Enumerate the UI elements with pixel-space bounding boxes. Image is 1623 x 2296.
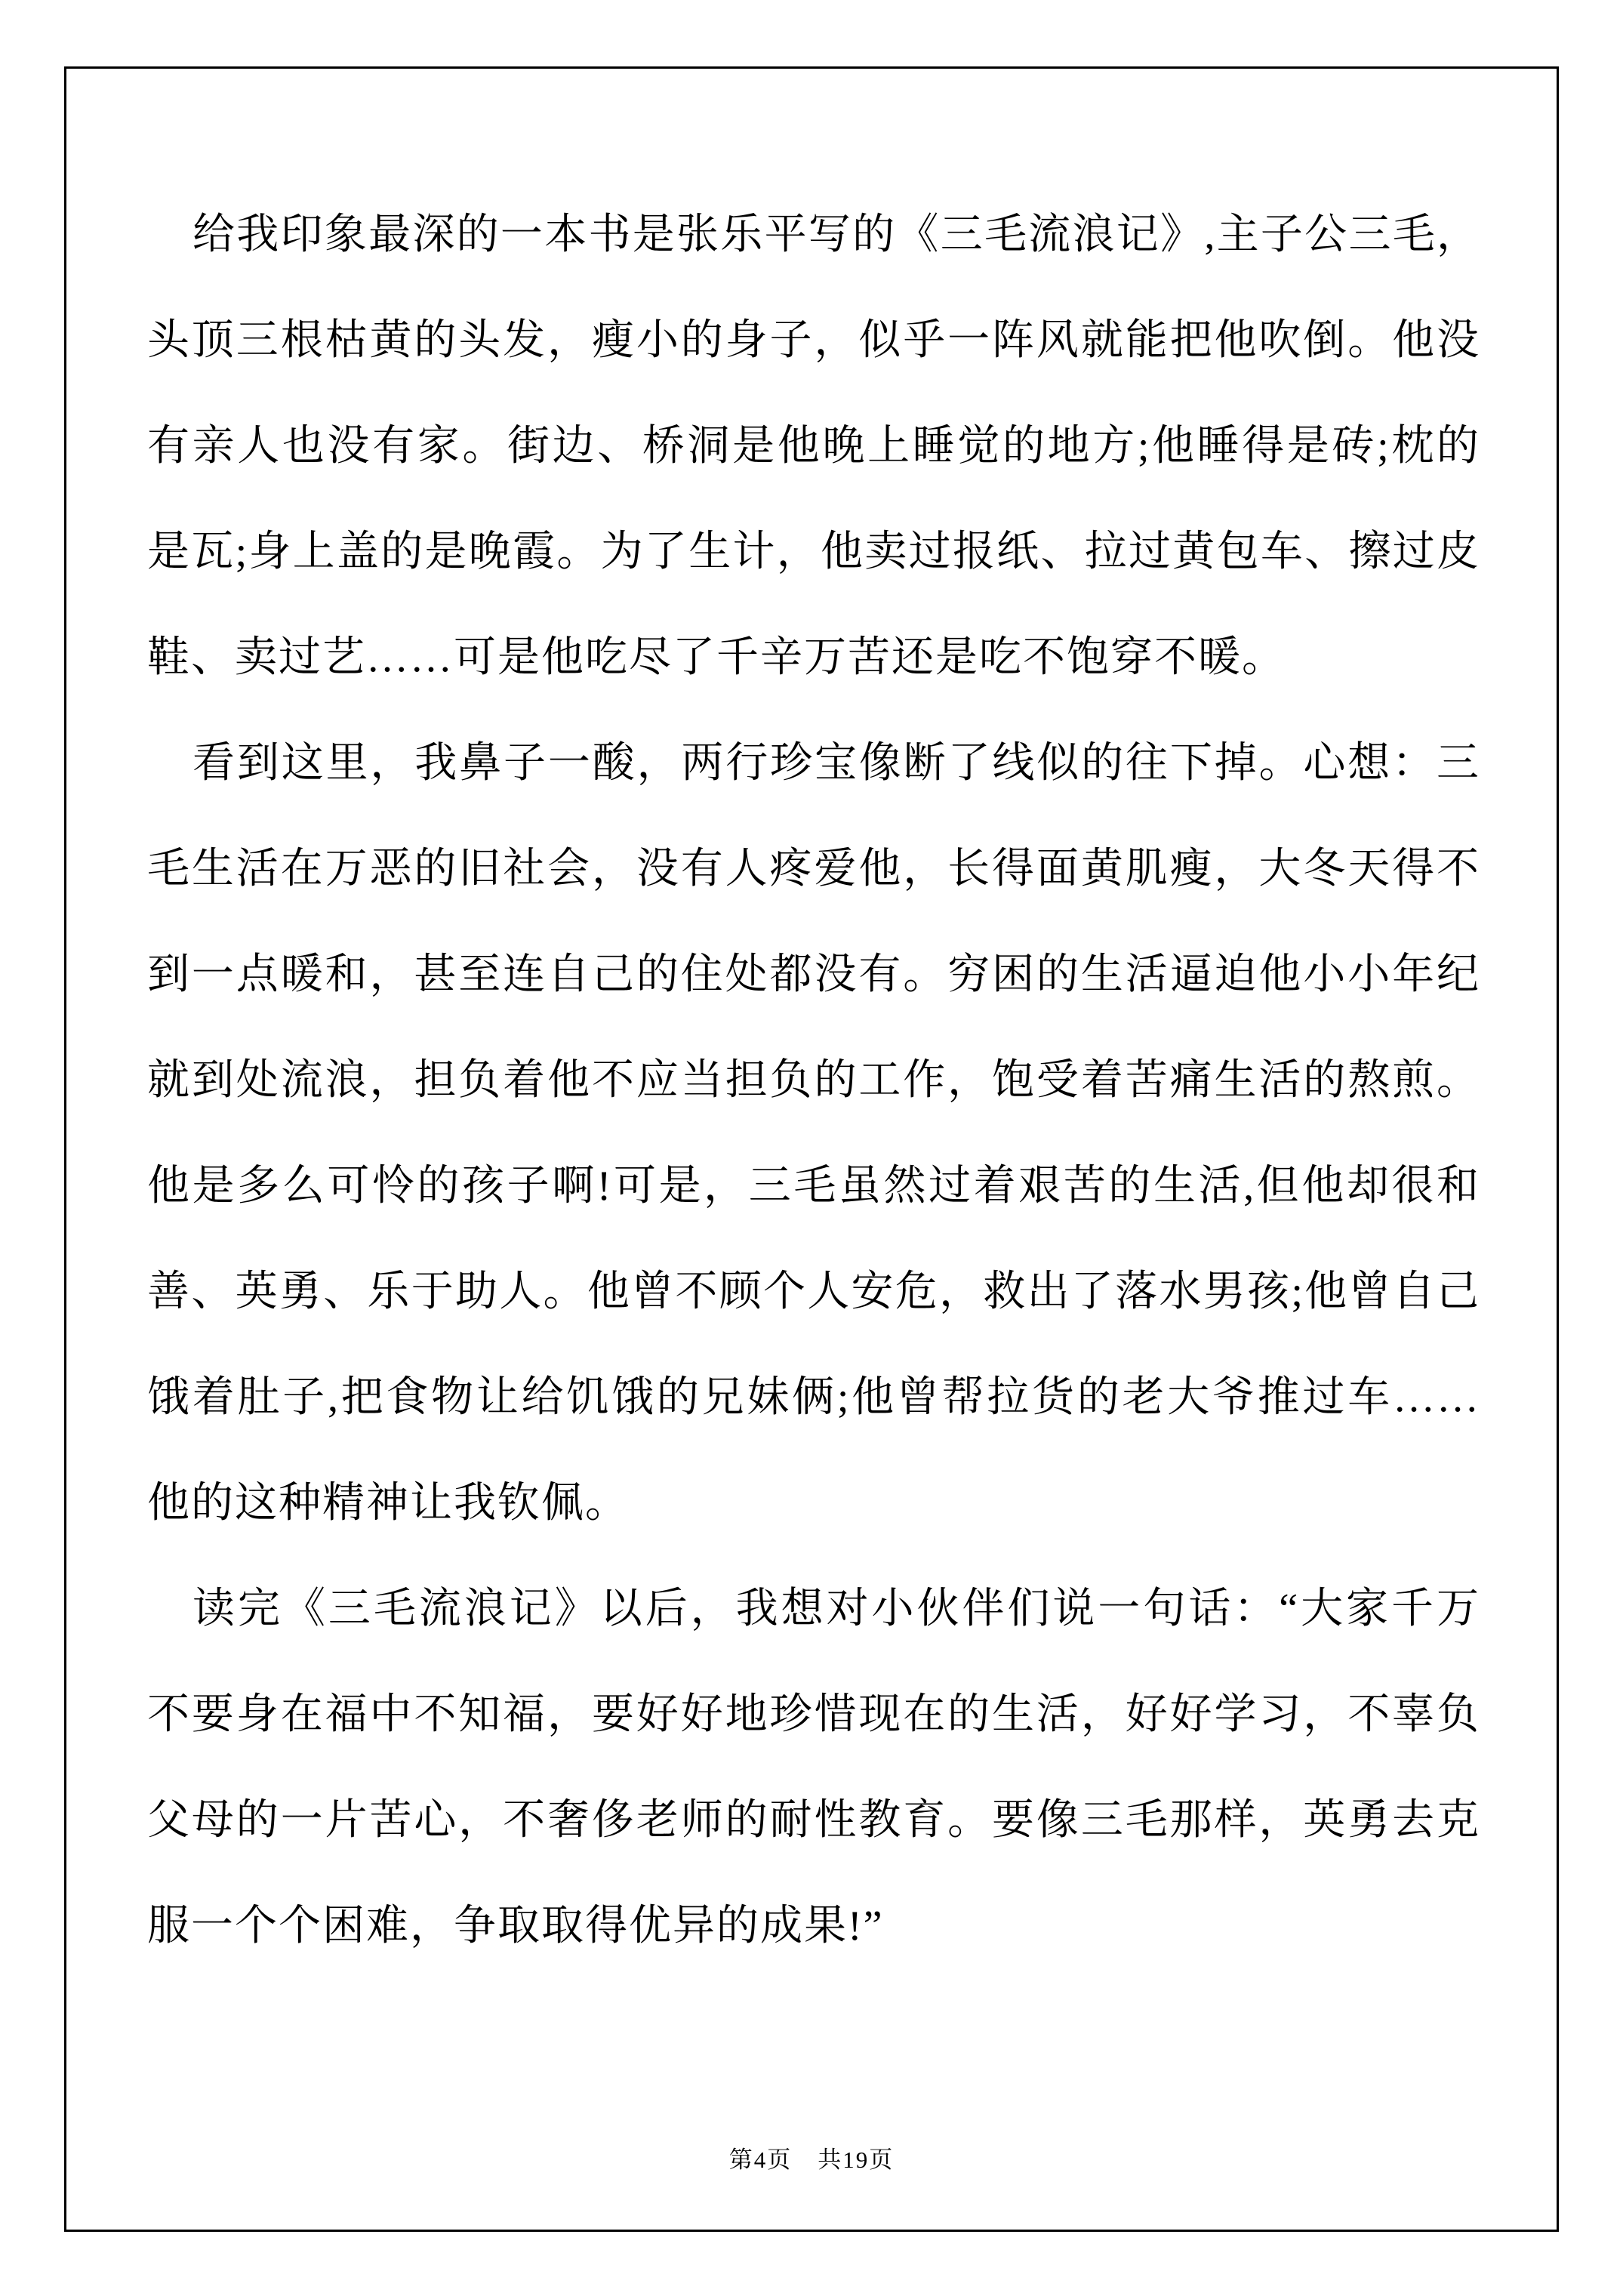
paragraph-3: 读完《三毛流浪记》以后，我想对小伙伴们说一句话：“大家千万不要身在福中不知福，要… <box>147 1556 1480 1979</box>
page-footer: 第4页共19页 <box>66 2145 1557 2175</box>
paragraph-1: 给我印象最深的一本书是张乐平写的《三毛流浪记》,主子公三毛，头顶三根枯黄的头发，… <box>147 182 1480 710</box>
paragraph-2: 看到这里，我鼻子一酸，两行珍宝像断了线似的往下掉。心想：三毛生活在万恶的旧社会，… <box>147 710 1480 1556</box>
document-body: 给我印象最深的一本书是张乐平写的《三毛流浪记》,主子公三毛，头顶三根枯黄的头发，… <box>147 182 1480 1979</box>
document-page: 给我印象最深的一本书是张乐平写的《三毛流浪记》,主子公三毛，头顶三根枯黄的头发，… <box>0 0 1623 2296</box>
page-number-label: 第4页 <box>729 2147 793 2173</box>
page-border-frame: 给我印象最深的一本书是张乐平写的《三毛流浪记》,主子公三毛，头顶三根枯黄的头发，… <box>64 66 1559 2232</box>
page-total-label: 共19页 <box>818 2147 894 2173</box>
